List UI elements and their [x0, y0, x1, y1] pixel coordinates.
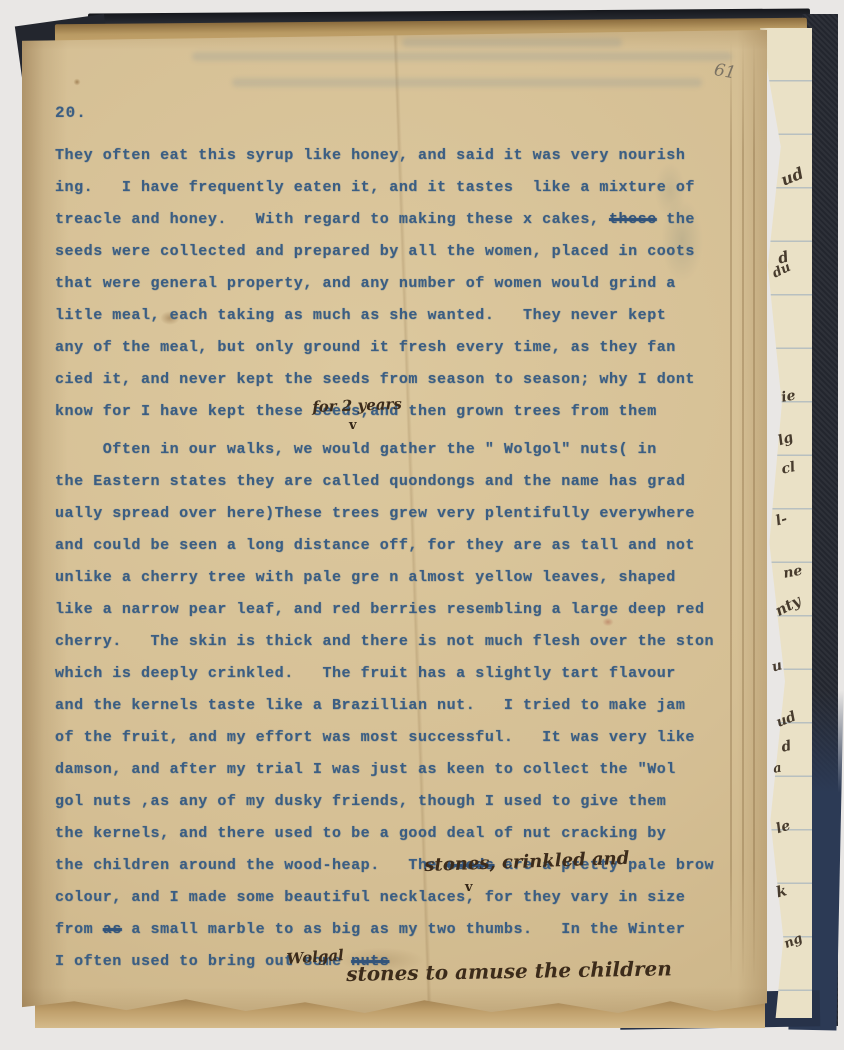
typed-paragraph: They often eat this syrup like honey, an…: [55, 140, 755, 428]
typed-text: and the kernels taste like a Brazillian …: [55, 697, 685, 714]
edge-scribble: u: [770, 657, 784, 675]
typed-text: colour, and I made some beautiful neckla…: [55, 889, 685, 906]
typed-line: They often eat this syrup like honey, an…: [55, 140, 755, 172]
folio-number: 61: [713, 60, 738, 83]
typed-line: litle meal, each taking as much as she w…: [55, 300, 755, 332]
typed-text: gol nuts ,as any of my dusky friends, th…: [55, 793, 666, 810]
typed-text: the: [657, 211, 695, 228]
struck-text: as: [103, 921, 122, 938]
bleed-through-text: [232, 78, 702, 87]
typed-line: colour, and I made some beautiful neckla…: [55, 882, 755, 914]
typed-line: unlike a cherry tree with pale gre n alm…: [55, 562, 755, 594]
typed-line: cied it, and never kept the seeds from s…: [55, 364, 755, 396]
typed-line: cherry. The skin is thick and there is n…: [55, 626, 755, 658]
typed-text: from: [55, 921, 103, 938]
typed-line: any of the meal, but only ground it fres…: [55, 332, 755, 364]
typed-text: treacle and honey. With regard to making…: [55, 211, 609, 228]
typed-line: the Eastern states they are called quond…: [55, 466, 755, 498]
typed-text: of the fruit, and my effort was most suc…: [55, 729, 695, 746]
typed-line: the children around the wood-heap. The s…: [55, 850, 755, 882]
typed-line: treacle and honey. With regard to making…: [55, 204, 755, 236]
edge-scribble: ie: [780, 388, 797, 406]
typed-text: a small marble to as big as my two thumb…: [122, 921, 686, 938]
typed-page-number: 20.: [55, 104, 87, 122]
typed-text: the Eastern states they are called quond…: [55, 473, 685, 490]
typed-line: seeds were collected and prepared by all…: [55, 236, 755, 268]
typed-text: Often in our walks, we would gather the …: [55, 441, 657, 458]
typed-paragraph: Often in our walks, we would gather the …: [55, 434, 755, 978]
typed-text: and could be seen a long distance off, f…: [55, 537, 695, 554]
typed-line: that were general property, and any numb…: [55, 268, 755, 300]
typed-text: They often eat this syrup like honey, an…: [55, 147, 685, 164]
typed-text: cied it, and never kept the seeds from s…: [55, 371, 695, 388]
typed-line: the kernels, and there used to be a good…: [55, 818, 755, 850]
typed-text: the children around the wood-heap. The: [55, 857, 447, 874]
bleed-through-text: [402, 38, 622, 47]
typed-text: damson, and after my trial I was just as…: [55, 761, 676, 778]
insertion-for-years: for 2 years: [312, 395, 402, 416]
typed-text: litle meal, each taking as much as she w…: [55, 307, 666, 324]
typed-line: like a narrow pear leaf, and red berries…: [55, 594, 755, 626]
typed-text: cherry. The skin is thick and there is n…: [55, 633, 714, 650]
typed-text: seeds were collected and prepared by all…: [55, 243, 695, 260]
typed-text: ing. I have frequently eaten it, and it …: [55, 179, 695, 196]
page-crease: [742, 40, 744, 980]
struck-text: these: [609, 211, 657, 228]
typed-line: from as a small marble to as big as my t…: [55, 914, 755, 946]
caret-after-are: v: [465, 880, 473, 895]
typed-text: any of the meal, but only ground it fres…: [55, 339, 676, 356]
typed-line: Often in our walks, we would gather the …: [55, 434, 755, 466]
typed-line: gol nuts ,as any of my dusky friends, th…: [55, 786, 755, 818]
typed-text: which is deeply crinkled. The fruit has …: [55, 665, 676, 682]
caret-after-seeds: v: [349, 418, 357, 433]
typed-line: ually spread over here)These trees grew …: [55, 498, 755, 530]
typed-line: damson, and after my trial I was just as…: [55, 754, 755, 786]
page-crease: [730, 40, 732, 980]
edge-scribble: ne: [782, 563, 804, 582]
typed-text: ually spread over here)These trees grew …: [55, 505, 695, 522]
typed-text: like a narrow pear leaf, and red berries…: [55, 601, 705, 618]
typed-line: and could be seen a long distance off, f…: [55, 530, 755, 562]
manuscript-page: 20. They often eat this syrup like honey…: [22, 30, 767, 1015]
manuscript-photo: 20. They often eat this syrup like honey…: [0, 0, 844, 1050]
typed-line: and the kernels taste like a Brazillian …: [55, 690, 755, 722]
page-crease: [753, 40, 755, 980]
bleed-through-text: [192, 52, 732, 61]
typed-line: ing. I have frequently eaten it, and it …: [55, 172, 755, 204]
typed-line: which is deeply crinkled. The fruit has …: [55, 658, 755, 690]
typed-text: the kernels, and there used to be a good…: [55, 825, 666, 842]
typed-text: unlike a cherry tree with pale gre n alm…: [55, 569, 676, 586]
typed-line: know for I have kept these seeds,and the…: [55, 396, 755, 428]
typed-text: that were general property, and any numb…: [55, 275, 676, 292]
typed-line: of the fruit, and my effort was most suc…: [55, 722, 755, 754]
edge-scribble: cl: [780, 459, 797, 478]
